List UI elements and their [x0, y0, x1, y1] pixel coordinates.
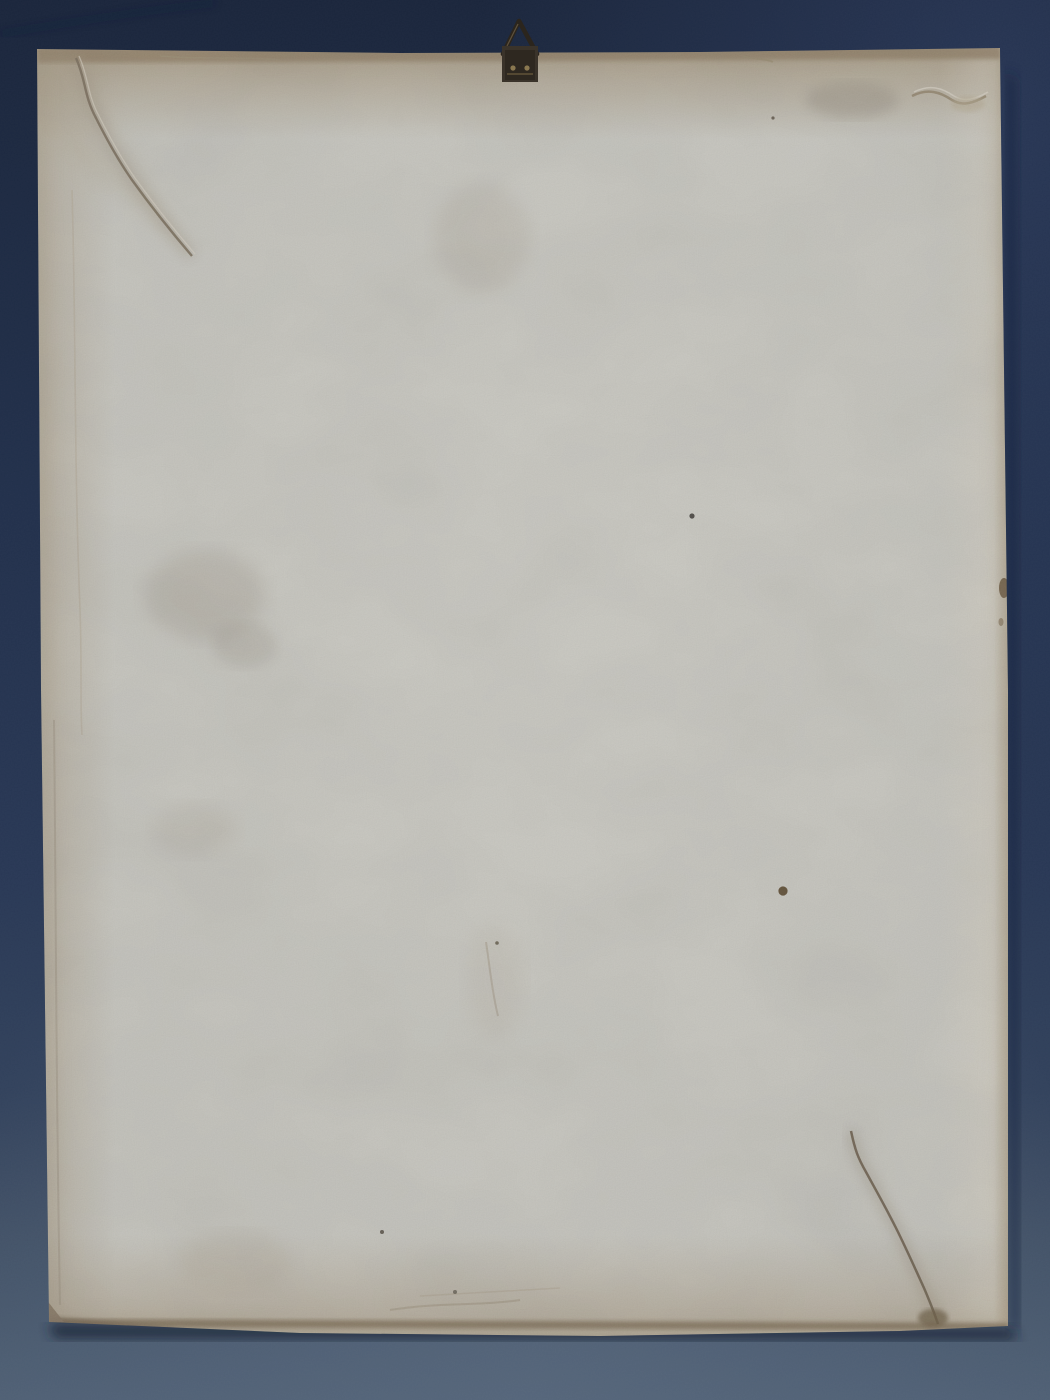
- photo-stage: [0, 0, 1050, 1400]
- photo-of-frame-back: [0, 0, 1050, 1400]
- plate-screw-left: [510, 65, 515, 70]
- cardboard-backing: [30, 40, 1015, 1345]
- hardware-plate: [505, 50, 535, 80]
- cardboard-grain-light: [30, 40, 1015, 1345]
- plate-screw-right: [524, 65, 529, 70]
